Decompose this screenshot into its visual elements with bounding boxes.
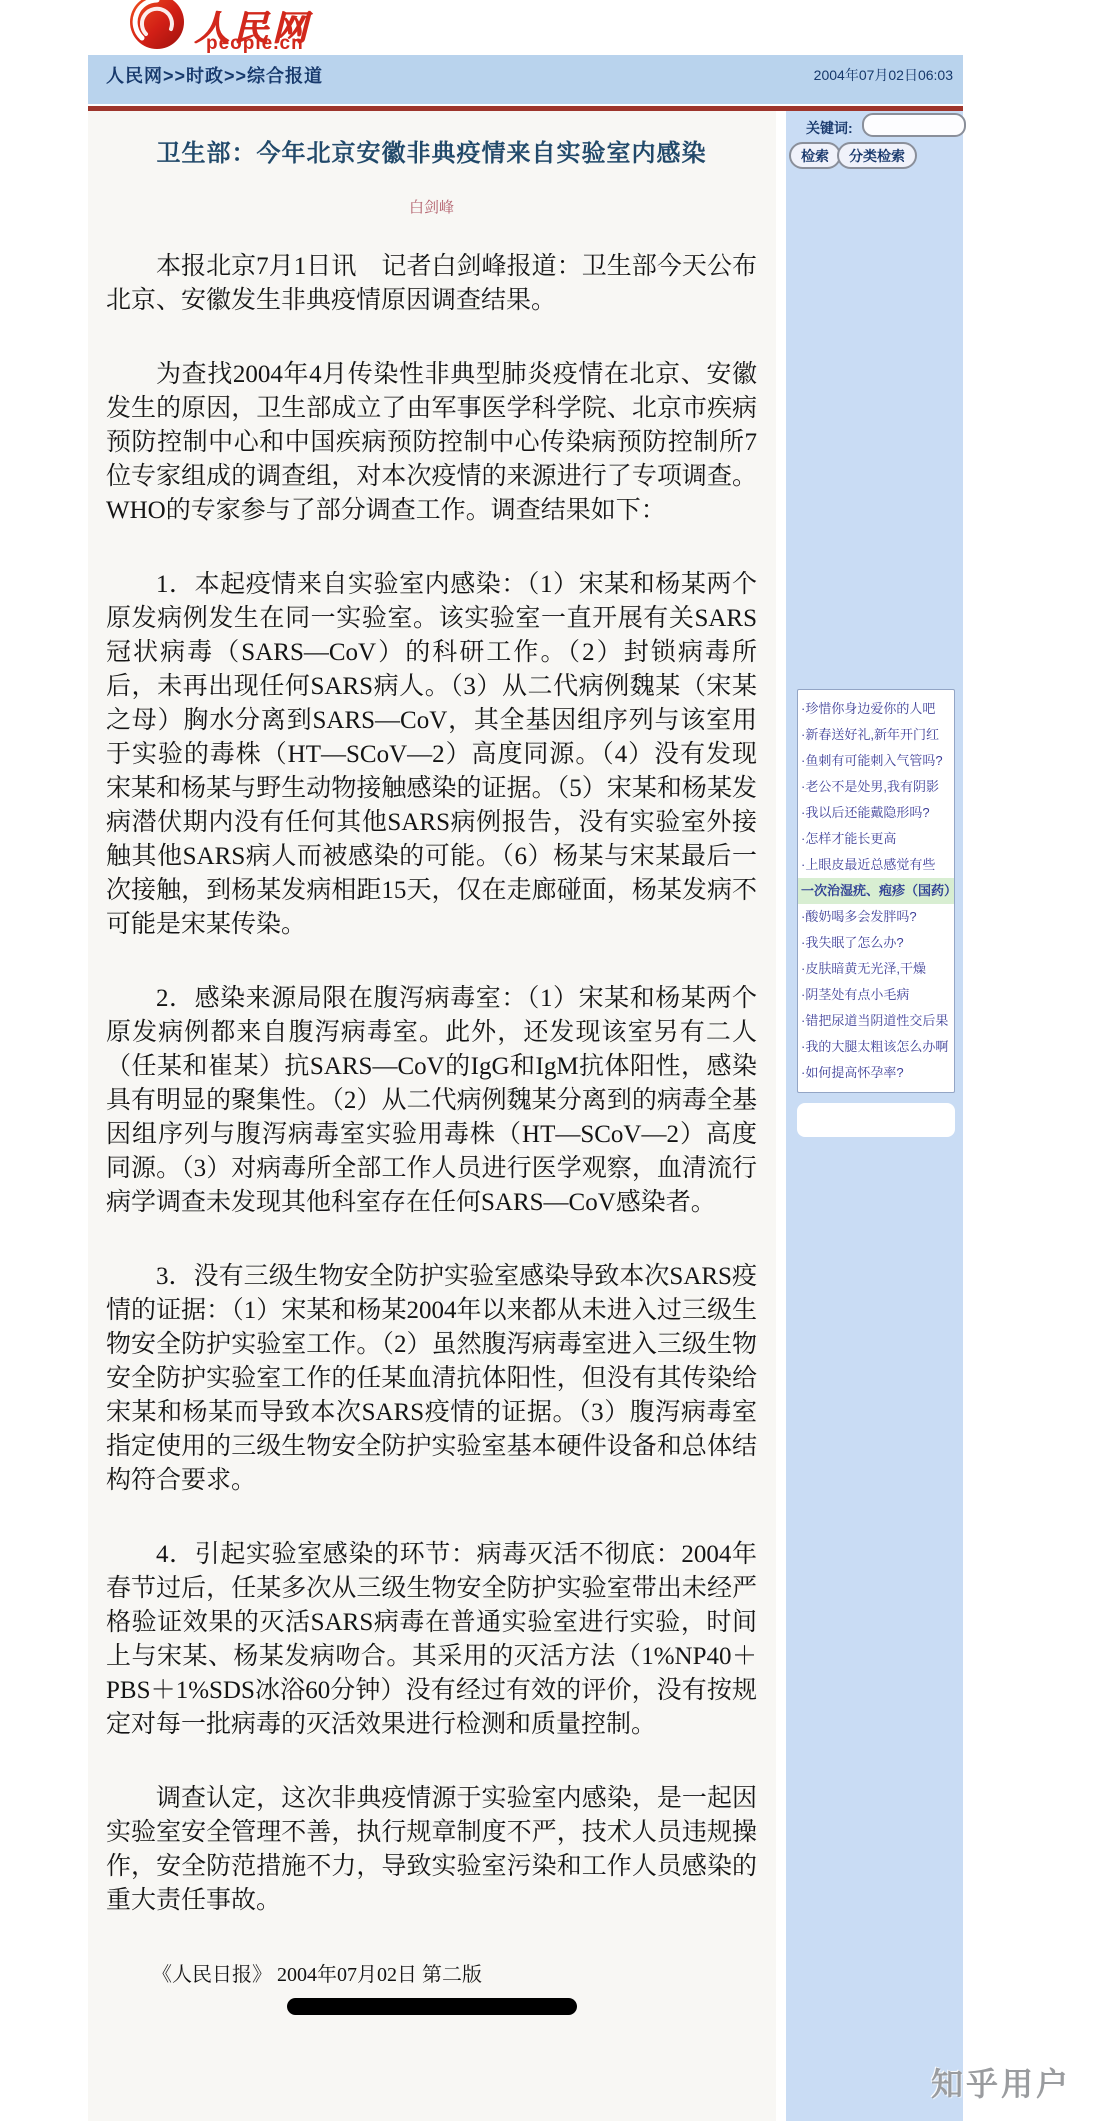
article-body: 本报北京7月1日讯 记者白剑峰报道：卫生部今天公布北京、安徽发生非典疫情原因调查… — [106, 250, 757, 1918]
sidebar-link[interactable]: ·错把尿道当阴道性交后果 — [801, 1008, 951, 1034]
article-title: 卫生部：今年北京安徽非典疫情来自实验室内感染 — [106, 138, 757, 170]
black-redaction-bar — [287, 1998, 577, 2015]
article-author: 白剑峰 — [106, 196, 757, 217]
sidebar-link[interactable]: ·酸奶喝多会发胖吗? — [801, 904, 951, 930]
article-paragraph: 调查认定，这次非典疫情源于实验室内感染，是一起因实验室安全管理不善，执行规章制度… — [106, 1782, 757, 1918]
site-header: 人民网 people.cn — [0, 0, 1100, 55]
sidebar-link[interactable]: ·我失眠了怎么办? — [801, 930, 951, 956]
sidebar-link[interactable]: ·鱼刺有可能刺入气管吗? — [801, 748, 951, 774]
search-button[interactable]: 检索 — [789, 142, 841, 169]
sidebar-link[interactable]: ·我的大腿太粗该怎么办啊 — [801, 1034, 951, 1060]
sidebar-link[interactable]: ·老公不是处男,我有阴影 — [801, 774, 951, 800]
sidebar-link[interactable]: ·皮肤暗黄无光泽,干燥 — [801, 956, 951, 982]
sidebar-link[interactable]: ·新春送好礼,新年开门红 — [801, 722, 951, 748]
sidebar: 关键词: 检索 分类检索 ·珍惜你身边爱你的人吧 ·新春送好礼,新年开门红 ·鱼… — [786, 111, 963, 2121]
article-paragraph: 4．引起实验室感染的环节：病毒灭活不彻底：2004年春节过后，任某多次从三级生物… — [106, 1538, 757, 1742]
article-paragraph: 为查找2004年4月传染性非典型肺炎疫情在北京、安徽发生的原因，卫生部成立了由军… — [106, 358, 757, 528]
breadcrumb[interactable]: 人民网>>时政>>综合报道 — [106, 62, 323, 88]
publish-datetime: 2004年07月02日06:03 — [814, 65, 953, 85]
keyword-input[interactable] — [862, 113, 966, 137]
people-daily-swirl-icon — [128, 0, 186, 56]
sidebar-link[interactable]: ·珍惜你身边爱你的人吧 — [801, 696, 951, 722]
category-search-button[interactable]: 分类检索 — [837, 142, 917, 169]
article-paragraph: 3．没有三级生物安全防护实验室感染导致本次SARS疫情的证据：（1）宋某和杨某2… — [106, 1260, 757, 1498]
article-paragraph: 1．本起疫情来自实验室内感染：（1）宋某和杨某两个原发病例发生在同一实验室。该实… — [106, 568, 757, 942]
source-line: 《人民日报》 2004年07月02日 第二版 — [106, 1958, 757, 1987]
breadcrumb-bar: 人民网>>时政>>综合报道 2004年07月02日06:03 — [88, 55, 963, 104]
hot-links-box: ·珍惜你身边爱你的人吧 ·新春送好礼,新年开门红 ·鱼刺有可能刺入气管吗? ·老… — [797, 689, 955, 1093]
watermark: 知乎用户 — [931, 2059, 1071, 2105]
site-logo[interactable]: 人民网 people.cn — [128, 0, 358, 55]
sidebar-empty-box — [797, 1103, 955, 1137]
sidebar-link[interactable]: ·上眼皮最近总感觉有些 — [801, 852, 951, 878]
sidebar-link-highlighted[interactable]: 一次治湿疣、疱疹（国药） — [798, 878, 954, 904]
logo-domain: people.cn — [206, 33, 304, 55]
sidebar-link[interactable]: ·如何提高怀孕率? — [801, 1060, 951, 1086]
sidebar-link[interactable]: ·我以后还能戴隐形吗? — [801, 800, 951, 826]
article-column: 卫生部：今年北京安徽非典疫情来自实验室内感染 白剑峰 本报北京7月1日讯 记者白… — [88, 111, 776, 2121]
article-paragraph: 2．感染来源局限在腹泻病毒室：（1）宋某和杨某两个原发病例都来自腹泻病毒室。此外… — [106, 982, 757, 1220]
sidebar-link[interactable]: ·怎样才能长更高 — [801, 826, 951, 852]
keyword-label: 关键词: — [806, 118, 853, 138]
sidebar-link[interactable]: ·阴茎处有点小毛病 — [801, 982, 951, 1008]
article-paragraph: 本报北京7月1日讯 记者白剑峰报道：卫生部今天公布北京、安徽发生非典疫情原因调查… — [106, 250, 757, 318]
